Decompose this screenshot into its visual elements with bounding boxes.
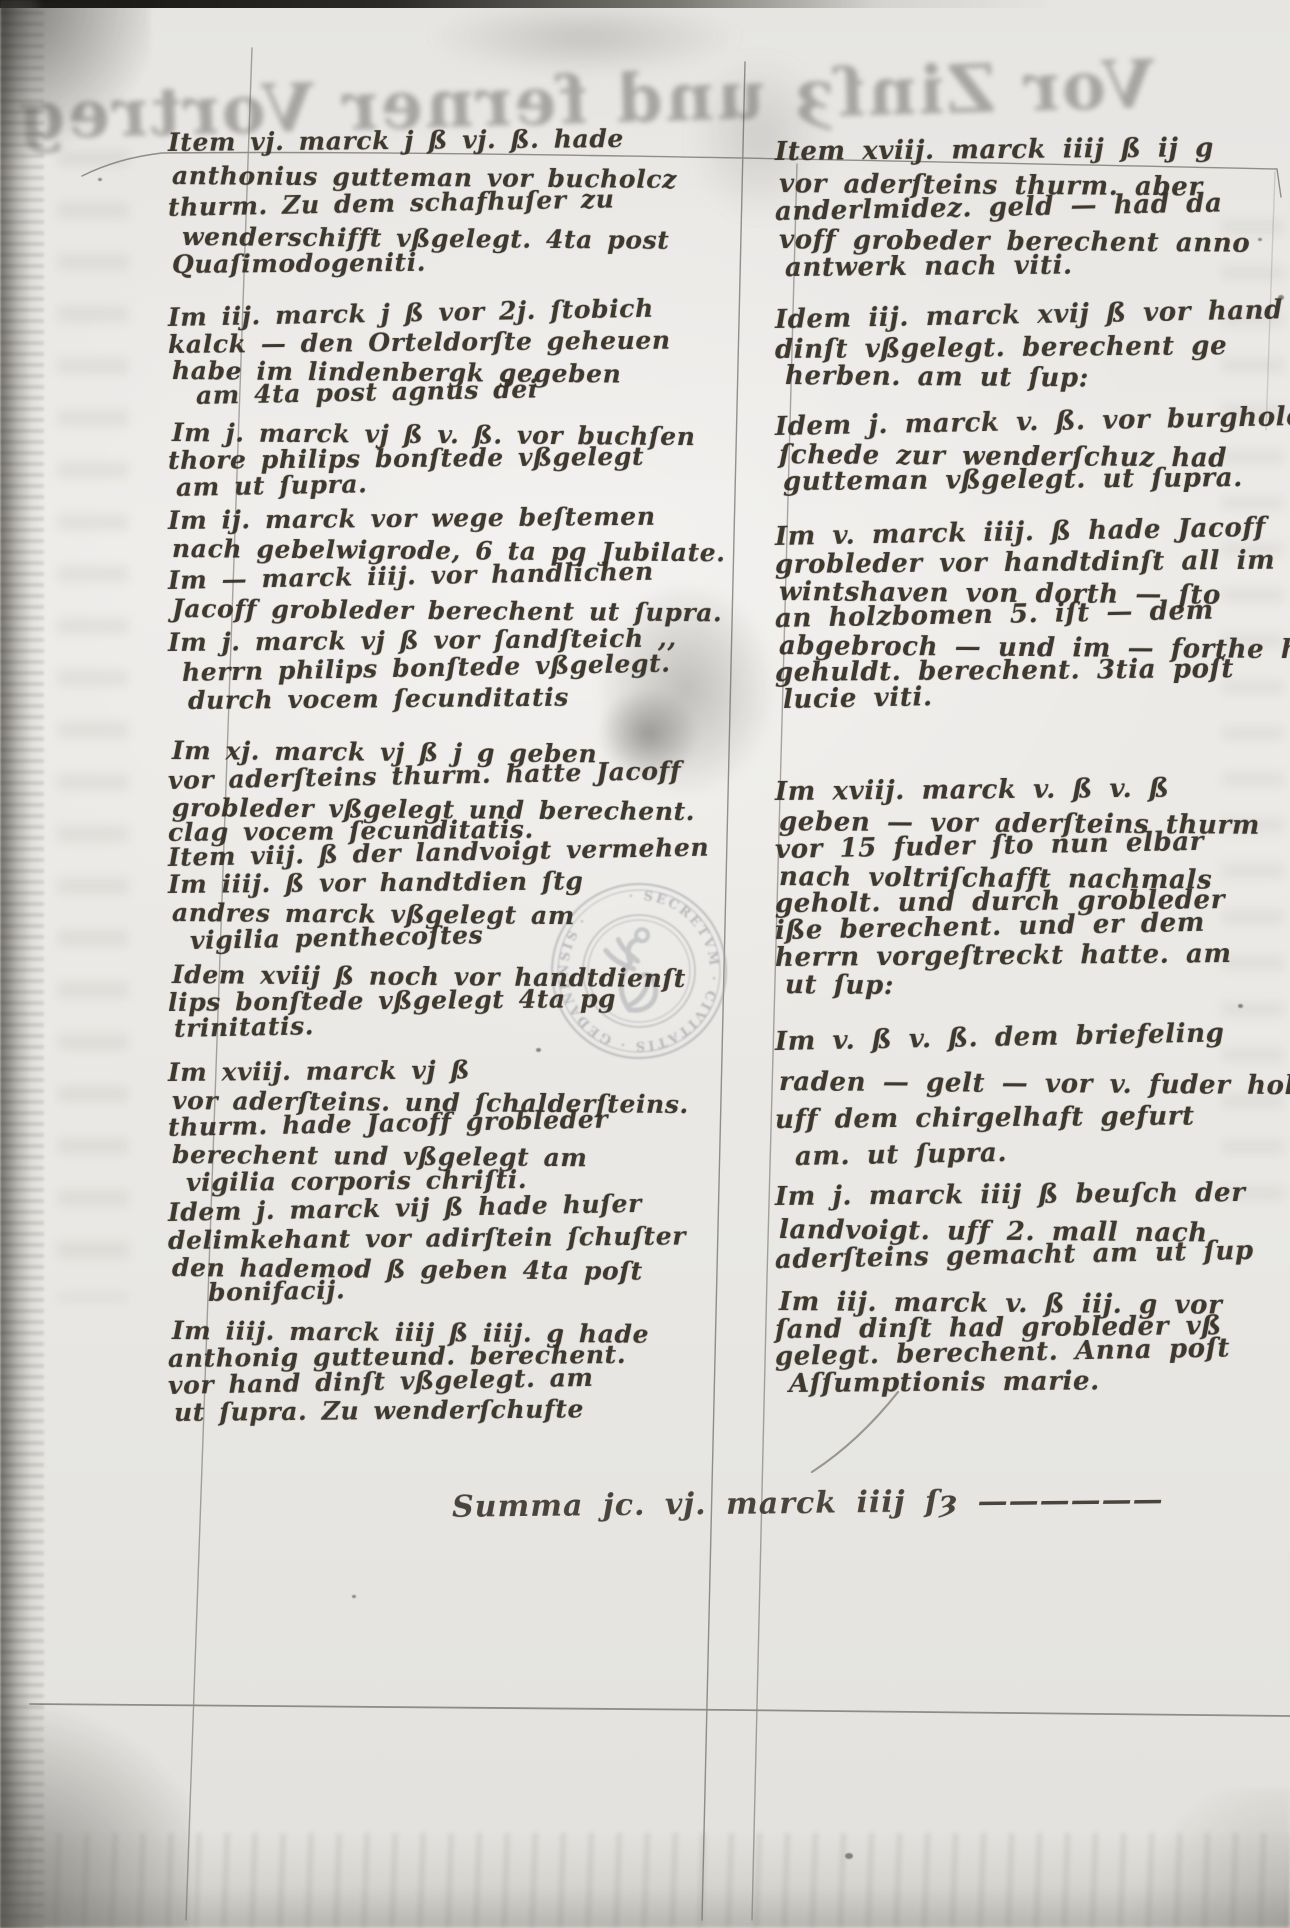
manuscript-line: anderlmidez. geld — had da (775, 191, 1223, 225)
manuscript-line: aderſteins gemacht am ut ſup (775, 1239, 1254, 1273)
manuscript-line: Im v. ß v. ß. dem briefeling (775, 1021, 1225, 1055)
manuscript-line: Im j. marck iiij ß beuſch der (775, 1181, 1246, 1210)
manuscript-line: lucie viti. (783, 685, 933, 713)
manuscript-line: raden — gelt — vor v. fuder holcz (779, 1070, 1290, 1099)
manuscript-line: thurm. hade Jacoff grobleder (168, 1107, 609, 1140)
manuscript-line: ut ſupra. Zu wenderſchufte (174, 1396, 584, 1425)
manuscript-line: Im v. marck iiij. ß hade Jacoff (775, 516, 1266, 550)
manuscript-line: gutteman vßgelegt. ut ſupra. (783, 466, 1243, 495)
ink-speck (1278, 295, 1284, 300)
manuscript-line: am 4ta post agnus dei (196, 376, 538, 408)
ink-speck (352, 1595, 356, 1598)
manuscript-line: durch vocem ſecunditatis (188, 685, 569, 713)
manuscript-line: Im — marck iiij. vor handlichen (168, 559, 654, 593)
manuscript-line: an holzbomen 5. iſt — dem (775, 599, 1214, 632)
manuscript-line: lips bonſtede vßgelegt 4ta pg (168, 986, 616, 1015)
manuscript-line: herben. am ut ſup: (785, 364, 1089, 391)
manuscript-line: thore philips bonſtede vßgelegt (168, 444, 644, 473)
manuscript-line: vor hand dinſt vßgelegt. am (168, 1365, 594, 1398)
manuscript-line: Im xviij. marck vj ß (168, 1057, 470, 1085)
manuscript-line: trinitatis. (174, 1013, 315, 1041)
manuscript-line: grobleder vor handtdinſt all im (775, 549, 1275, 578)
manuscript-line: Im iij. marck j ß vor 2j. ſtobich (168, 296, 654, 330)
manuscript-line: am ut ſupra. (176, 471, 368, 500)
ink-speck (98, 178, 102, 181)
manuscript-line: delimkehant vor adirſtein ſchuſter (168, 1223, 686, 1253)
manuscript-line: vigilia penthecoſtes (190, 922, 484, 953)
summa-total-line: Summa jc. vj. marck iiij ſȝ —————— (452, 1482, 1164, 1524)
manuscript-line: kalck — den Orteldorſte geheuen (168, 328, 671, 357)
manuscript-line: gehuldt. berechent. 3tia poſt (775, 657, 1234, 686)
manuscript-line: dinſt vßgelegt. berechent ge (775, 334, 1227, 363)
manuscript-line: uff dem chirgelhaft gefurt (775, 1104, 1195, 1133)
manuscript-line: Idem j. marck vij ß hade huſer (168, 1191, 642, 1225)
manuscript-page: Vor Zinſȝ und ferner Vortreg · S (0, 0, 1290, 1928)
manuscript-line: ut ſup: (785, 973, 894, 999)
corner-shadow-top-left (0, 0, 150, 170)
manuscript-line: Jacoff grobleder berechent ut ſupra. (172, 596, 723, 625)
manuscript-line: Item vj. marck j ß vj. ß. hade (168, 126, 624, 155)
manuscript-line: Idem j. marck v. ß. vor burgholcz (775, 405, 1290, 440)
manuscript-line: herrn philips bonſtede vßgelegt. (182, 651, 671, 685)
ink-speck (536, 1048, 541, 1052)
manuscript-line: Im ij. marck vor wege beſtemen (168, 504, 656, 533)
manuscript-line: Item xviij. marck iiij ß ij g (775, 136, 1214, 165)
binding-edge (0, 0, 44, 1928)
ledger-left-column: Item vj. marck j ß vj. ß. hadeanthonius … (168, 0, 713, 1928)
ink-speck (1258, 238, 1262, 241)
manuscript-line: Aſſumptionis marie. (789, 1369, 1100, 1397)
manuscript-line: antwerk nach viti. (785, 253, 1073, 281)
manuscript-line: Quaſimodogeniti. (172, 250, 426, 277)
manuscript-line: Im xviij. marck v. ß v. ß (775, 777, 1170, 805)
manuscript-line: vor 15 fuder ſto nun elbar (775, 830, 1204, 863)
manuscript-line: am. ut ſupra. (795, 1141, 1008, 1170)
manuscript-line: bonifacij. (208, 1277, 346, 1305)
manuscript-line: herrn vorgeſtreckt hatte. am (775, 942, 1232, 971)
manuscript-line: Idem iij. marck xvij ß vor hand (775, 298, 1283, 333)
manuscript-line: thurm. Zu dem schafhuſer zu (168, 186, 615, 220)
manuscript-line: vigilia corporis chriſti. (186, 1167, 527, 1195)
manuscript-line: gelegt. berechent. Anna poſt (775, 1336, 1230, 1370)
ink-speck (1238, 1004, 1243, 1008)
page-top-edge-shadow (0, 0, 1290, 8)
ledger-right-column: Item xviij. marck iiij ß ij gvor aderſte… (775, 0, 1290, 1928)
manuscript-line: Im iiij. ß vor handtdien ſtg (168, 868, 584, 897)
page-bottom-edge-texture (0, 1833, 1290, 1928)
